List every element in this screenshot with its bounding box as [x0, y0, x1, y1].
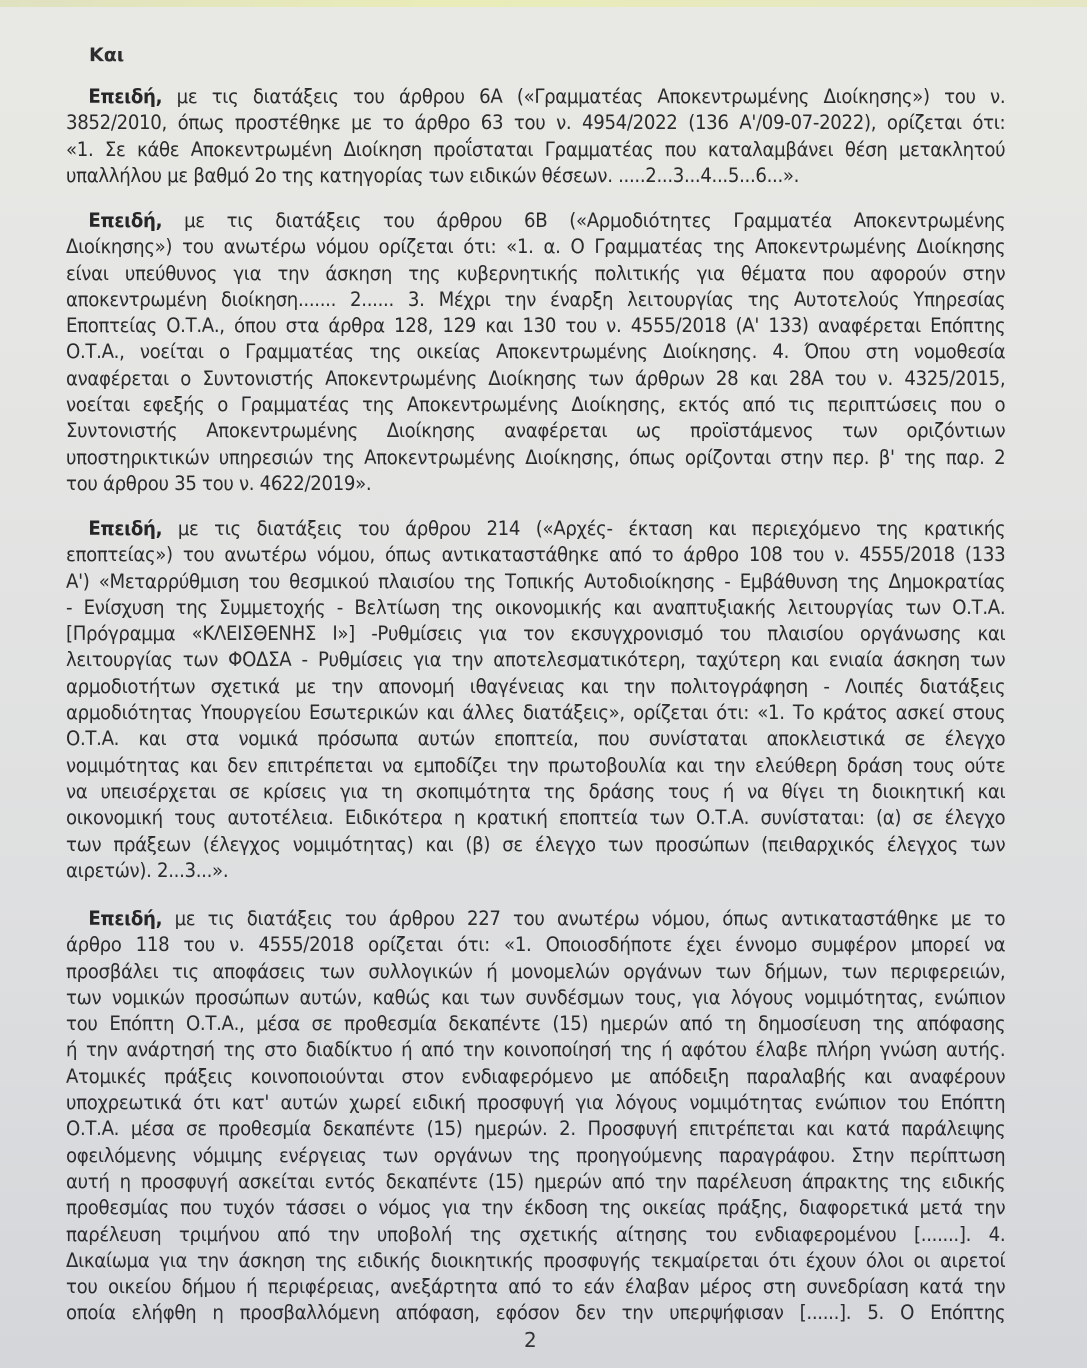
- text-line: του οικείου δήμου ή περιφέρειας, ανεξάρτ…: [66, 1274, 1005, 1300]
- paragraph-article-214: Επειδή, με τις διατάξεις του άρθρου 214 …: [66, 516, 940, 884]
- text-line: παρέλευση τριμήνου από την υποβολή της σ…: [66, 1222, 1005, 1248]
- text-line: Ο.Τ.Α. και στα νομικά πρόσωπα αυτών εποπ…: [66, 726, 1005, 752]
- text-line: προσβάλει τις αποφάσεις των συλλογικών ή…: [66, 959, 1005, 985]
- text-line: Επειδή, με τις διατάξεις του άρθρου 214 …: [66, 516, 1005, 542]
- text-line: αποκεντρωμένη διοίκηση....... 2...... 3.…: [66, 287, 1005, 313]
- photo-top-edge: [0, 0, 1087, 7]
- paragraph-lead: Επειδή,: [88, 907, 162, 930]
- text-line: αναφέρεται ο Συντονιστής Αποκεντρωμένης …: [66, 366, 1005, 392]
- text-line: υποστηρικτικών υπηρεσιών της Αποκεντρωμέ…: [66, 445, 1005, 471]
- paragraph-article-6b: Επειδή, με τις διατάξεις του άρθρου 6Β (…: [66, 208, 940, 497]
- text-line: νομιμότητας και δεν επιτρέπεται να εμποδ…: [66, 753, 1005, 779]
- paragraph-lead: Επειδή,: [88, 517, 162, 540]
- text-line: 3852/2010, όπως προστέθηκε με το άρθρο 6…: [66, 110, 1005, 136]
- text-line: αρμοδιοτήτων σχετικά με την απονομή ιθαγ…: [66, 674, 1005, 700]
- paragraph-lead: Επειδή,: [88, 85, 162, 108]
- text-line: Ο.Τ.Α., νοείται ο Γραμματέας της οικείας…: [66, 339, 1005, 365]
- text-line: Επειδή, με τις διατάξεις του άρθρου 227 …: [66, 906, 1005, 932]
- page-number: 2: [524, 1328, 537, 1352]
- text-line: άρθρο 118 του ν. 4555/2018 ορίζεται ότι:…: [66, 932, 1005, 958]
- text-line: [Πρόγραμμα «ΚΛΕΙΣΘΕΝΗΣ Ι»] -Ρυθμίσεις γι…: [66, 621, 1005, 647]
- text-line: - Ενίσχυση της Συμμετοχής - Βελτίωση της…: [66, 595, 1005, 621]
- text-line: Εποπτείας Ο.Τ.Α., όπου στα άρθρα 128, 12…: [66, 313, 1005, 339]
- text-line: αυτή η προσφυγή ασκείται εντός δεκαπέντε…: [66, 1169, 1005, 1195]
- opening-word: Και: [89, 44, 124, 66]
- text-line: Συντονιστής Αποκεντρωμένης Διοίκησης ανα…: [66, 418, 1005, 444]
- text-line: να υπεισέρχεται σε κρίσεις για τη σκοπιμ…: [66, 779, 1005, 805]
- text-line: Ατομικές πράξεις κοινοποιούνται στον ενδ…: [66, 1064, 1005, 1090]
- text-line: των νομικών προσώπων αυτών, καθώς και τω…: [66, 985, 1005, 1011]
- text-line: Α') «Μεταρρύθμιση του θεσμικού πλαισίου …: [66, 569, 1005, 595]
- text-line: είναι υπεύθυνος για την άσκηση της κυβερ…: [66, 261, 1005, 287]
- text-line: των πράξεων (έλεγχος νομιμότητας) και (β…: [66, 832, 1005, 858]
- text-line: νοείται εφεξής ο Γραμματέας της Αποκεντρ…: [66, 392, 1005, 418]
- paragraph-article-6a: Επειδή, με τις διατάξεις του άρθρου 6Α (…: [66, 84, 940, 189]
- paragraph-article-227: Επειδή, με τις διατάξεις του άρθρου 227 …: [66, 906, 940, 1327]
- text-line: Επειδή, με τις διατάξεις του άρθρου 6Α (…: [66, 84, 1005, 110]
- text-line: οφειλόμενης νόμιμης ενέργειας των οργάνω…: [66, 1143, 1005, 1169]
- text-line: Διοίκησης») του ανωτέρω νόμου ορίζεται ό…: [66, 234, 1005, 260]
- text-line: αιρετών). 2...3...».: [66, 858, 1005, 884]
- text-line: εποπτείας») του ανωτέρω νόμου, όπως αντι…: [66, 542, 1005, 568]
- text-line: υπαλλήλου με βαθμό 2ο της κατηγορίας των…: [66, 163, 1005, 189]
- text-line: «1. Σε κάθε Αποκεντρωμένη Διοίκηση προΐσ…: [66, 137, 1005, 163]
- text-line: Ο.Τ.Α. μέσα σε προθεσμία δεκαπέντε (15) …: [66, 1116, 1005, 1142]
- text-line: του Επόπτη Ο.Τ.Α., μέσα σε προθεσμία δεκ…: [66, 1011, 1005, 1037]
- text-line: Επειδή, με τις διατάξεις του άρθρου 6Β (…: [66, 208, 1005, 234]
- text-line: οποία ελήφθη η προσβαλλόμενη απόφαση, εφ…: [66, 1300, 1005, 1326]
- text-line: προθεσμίας που τυχόν τάσσει ο νόμος για …: [66, 1195, 1005, 1221]
- text-line: λειτουργίας των ΦΟΔΣΑ - Ρυθμίσεις για τη…: [66, 647, 1005, 673]
- text-line: υποχρεωτικά ότι κατ' αυτών χωρεί ειδική …: [66, 1090, 1005, 1116]
- text-line: Δικαίωμα για την άσκηση της ειδικής διοι…: [66, 1248, 1005, 1274]
- paragraph-lead: Επειδή,: [88, 209, 162, 232]
- text-line: οικονομική τους αυτοτέλεια. Ειδικότερα η…: [66, 805, 1005, 831]
- text-line: αρμοδιότητας Υπουργείου Εσωτερικών και ά…: [66, 700, 1005, 726]
- text-line: του άρθρου 35 του ν. 4622/2019».: [66, 471, 1005, 497]
- text-line: ή την ανάρτησή της στο διαδίκτυο ή από τ…: [66, 1037, 1005, 1063]
